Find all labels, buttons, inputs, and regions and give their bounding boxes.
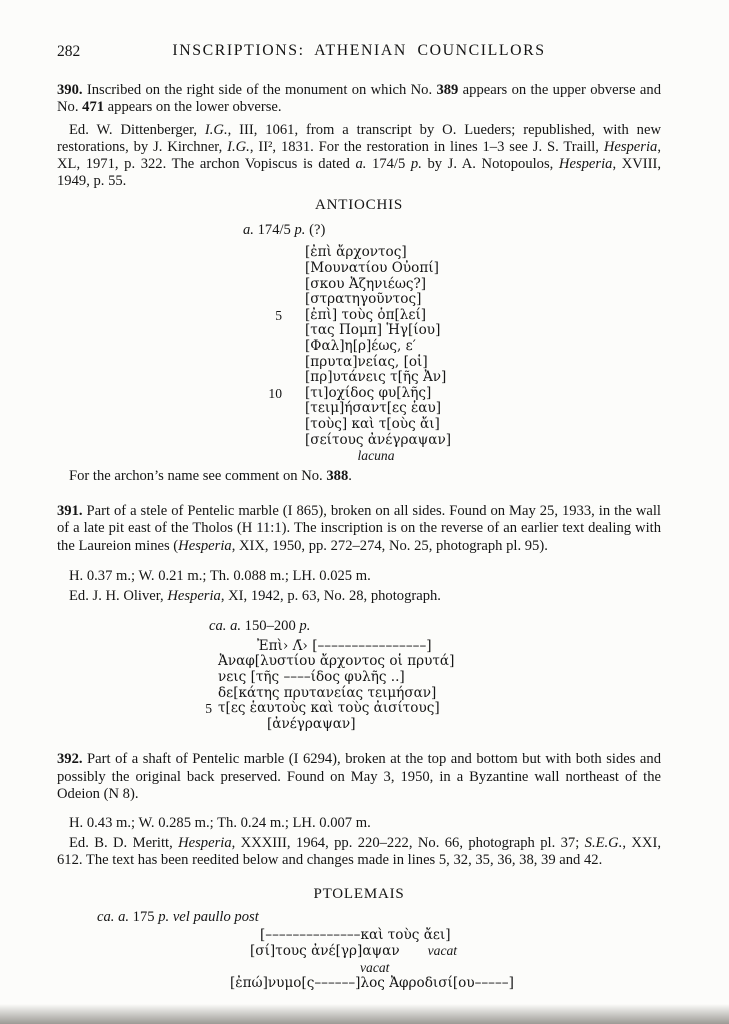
inscription-line: [Μουνατίου Οὐοπί] <box>244 261 661 277</box>
greek-line: τ[ες ἑαυτοὺς καὶ τοὺς ἀισίτους] <box>218 701 440 717</box>
greek-line: [τοὺς] καὶ τ[οὺς ἄι] <box>305 417 440 433</box>
vacat-note: vacat <box>428 943 457 958</box>
entry-392-dimensions: H. 0.43 m.; W. 0.285 m.; Th. 0.24 m.; LH… <box>57 815 661 832</box>
text-run: Inscribed on the right side of the monum… <box>83 82 437 98</box>
greek-line: [τι]οχίδος φυ[λῆς] <box>305 386 431 402</box>
inscription-line: [σί]τους ἀνέ[γρ]αψανvacat <box>250 943 661 960</box>
inscription-line: [––––––––––––––καὶ τοὺς ἄει] <box>260 928 661 944</box>
tribe-heading-antiochis: ANTIOCHIS <box>57 197 661 214</box>
text-run: 150–200 <box>241 618 299 634</box>
greek-line: [σί]τους ἀνέ[γρ]αψαν <box>250 943 400 959</box>
line-number <box>244 261 282 277</box>
greek-line: [τειμ]ήσαντ[ες ἑαυ] <box>305 401 441 417</box>
citation-title: Hesperia <box>178 835 232 851</box>
citation-title: S.E.G. <box>585 835 623 851</box>
text-run: . <box>348 468 352 484</box>
greek-line: [ἐπὶ ἄρχοντος] <box>305 245 407 261</box>
latin-abbrev: p. <box>158 909 169 925</box>
inscription-line: 5[ἐπὶ] τοὺς ὁπ[λεί] <box>244 308 661 324</box>
line-number <box>192 686 212 702</box>
inscription-line: [Φαλ]η[ρ]έως, ε′ <box>244 339 661 355</box>
line-number <box>244 370 282 386</box>
ref-number: 471 <box>82 99 104 115</box>
line-number <box>192 670 212 686</box>
citation-title: Hesperia <box>178 538 232 554</box>
text-run: , XI, 1942, p. 63, No. 28, photograph. <box>221 588 441 604</box>
latin-abbrev: p. <box>299 618 310 634</box>
archon-note: For the archon’s name see comment on No.… <box>57 468 661 485</box>
latin-phrase: vel paullo post <box>169 909 259 925</box>
inscription-391-text: Ἐπὶ› Λ̄› [––––––––––––––––] Ἀναφ[λυστίου… <box>192 639 661 733</box>
citation-title: I.G. <box>205 122 228 138</box>
entry-392-number: 392. <box>57 751 83 767</box>
entry-390-number: 390. <box>57 82 83 98</box>
line-number <box>244 339 282 355</box>
text-run: Ed. J. H. Oliver, <box>69 588 167 604</box>
inscription-line: [τειμ]ήσαντ[ες ἑαυ] <box>244 401 661 417</box>
greek-line: [σείτους ἀνέγραψαν] <box>305 433 451 449</box>
inscription-line: Ἐπὶ› Λ̄› [––––––––––––––––] <box>192 639 661 655</box>
inscription-line: 5τ[ες ἑαυτοὺς καὶ τοὺς ἀισίτους] <box>192 701 661 717</box>
inscription-line: [πρ]υτάνεις τ[ῆς Ἀν] <box>244 370 661 386</box>
latin-abbrev: ca. a. <box>209 618 241 634</box>
lacuna-note: lacuna <box>305 448 447 464</box>
greek-line: [––––––––––––––καὶ τοὺς ἄει] <box>260 927 451 943</box>
greek-line: [ἐπώ]νυμο[ς––––––]λος Ἀφροδισί[ου–––––] <box>230 975 514 991</box>
entry-391-edition: Ed. J. H. Oliver, Hesperia, XI, 1942, p.… <box>57 588 661 605</box>
dateline-390: a. 174/5 p. (?) <box>243 222 661 239</box>
text-run: Ed. W. Dittenberger, <box>69 122 205 138</box>
entry-392-description: 392. Part of a shaft of Pentelic marble … <box>57 751 661 803</box>
greek-line: [Φαλ]η[ρ]έως, ε′ <box>305 339 416 355</box>
greek-line: Ἀναφ[λυστίου ἄρχοντος οἱ πρυτά] <box>218 654 454 670</box>
line-number <box>244 417 282 433</box>
latin-abbrev: a. <box>243 222 254 238</box>
dateline-391: ca. a. 150–200 p. <box>209 618 661 635</box>
entry-391-description: 391. Part of a stele of Pentelic marble … <box>57 503 661 555</box>
text-run: , II², 1831. For the restoration in line… <box>250 139 604 155</box>
ref-number: 389 <box>436 82 458 98</box>
line-number <box>244 433 282 449</box>
text-run: 174/5 <box>254 222 295 238</box>
line-number <box>244 292 282 308</box>
text-run: For the archon’s name see comment on No. <box>69 468 326 484</box>
vacat-note: vacat <box>360 960 389 975</box>
greek-line: [πρ]υτάνεις τ[ῆς Ἀν] <box>305 370 446 386</box>
latin-abbrev: p. <box>411 156 422 172</box>
text-run: (?) <box>305 222 325 238</box>
latin-abbrev: ca. a. <box>97 909 129 925</box>
entry-392-edition: Ed. B. D. Meritt, Hesperia, XXXIII, 1964… <box>57 835 661 870</box>
inscription-line: [τας Πομπ] Ἡγ[ίου] <box>244 323 661 339</box>
text-run: Ed. B. D. Meritt, <box>69 835 178 851</box>
line-number <box>244 245 282 261</box>
dateline-392: ca. a. 175 p. vel paullo post <box>97 909 661 926</box>
running-head: INSCRIPTIONS: ATHENIAN COUNCILLORS <box>57 42 661 59</box>
text-run: 174/5 <box>366 156 410 172</box>
entry-390-edition: Ed. W. Dittenberger, I.G., III, 1061, fr… <box>57 122 661 191</box>
text-run: 175 <box>129 909 158 925</box>
greek-line: [ἀνέγραψαν] <box>267 717 356 733</box>
line-number <box>244 323 282 339</box>
greek-line: δε[κάτης πρυτανείας τειμήσαν] <box>218 686 436 702</box>
greek-line: Ἐπὶ› Λ̄› [––––––––––––––––] <box>257 639 432 655</box>
line-number <box>192 654 212 670</box>
line-number <box>244 355 282 371</box>
text-run: Part of a shaft of Pentelic marble (I 62… <box>57 751 661 802</box>
inscription-line: νεις [τῆς ––––ίδος φυλῆς ..] <box>192 670 661 686</box>
entry-390-description: 390. Inscribed on the right side of the … <box>57 82 661 117</box>
citation-title: I.G. <box>227 139 250 155</box>
inscription-392-text: [––––––––––––––καὶ τοὺς ἄει] [σί]τους ἀν… <box>230 928 661 992</box>
latin-abbrev: a. <box>355 156 366 172</box>
text-run: appears on the lower obverse. <box>104 99 282 115</box>
inscription-line: [ἀνέγραψαν] <box>192 717 661 733</box>
line-number <box>192 639 212 655</box>
text-run: , XXXIII, 1964, pp. 220–222, No. 66, pho… <box>232 835 585 851</box>
greek-line: [τας Πομπ] Ἡγ[ίου] <box>305 323 440 339</box>
inscription-line: [πρυτα]νείας, [οἱ] <box>244 355 661 371</box>
inscription-line: [στρατηγοῦντος] <box>244 292 661 308</box>
greek-line: [σκου Ἀζηνιέως?] <box>305 277 426 293</box>
inscription-line: [ἐπώ]νυμο[ς––––––]λος Ἀφροδισί[ου–––––] <box>230 976 661 992</box>
ref-number: 388 <box>326 468 348 484</box>
inscription-line: vacat <box>360 960 661 977</box>
latin-abbrev: p. <box>295 222 306 238</box>
line-number <box>244 277 282 293</box>
entry-391-dimensions: H. 0.37 m.; W. 0.21 m.; Th. 0.088 m.; LH… <box>57 568 661 585</box>
citation-title: Hesperia <box>559 156 613 172</box>
text-run: by J. A. Notopoulos, <box>422 156 559 172</box>
citation-title: Hesperia <box>167 588 221 604</box>
inscription-line: [σείτους ἀνέγραψαν] <box>244 433 661 449</box>
greek-line: νεις [τῆς ––––ίδος φυλῆς ..] <box>218 670 405 686</box>
inscription-line: [τοὺς] καὶ τ[οὺς ἄι] <box>244 417 661 433</box>
page-header: 282 INSCRIPTIONS: ATHENIAN COUNCILLORS <box>57 42 661 62</box>
greek-line: [Μουνατίου Οὐοπί] <box>305 261 439 277</box>
line-number <box>192 717 212 733</box>
inscription-line: 10[τι]οχίδος φυ[λῆς] <box>244 386 661 402</box>
text-run: , XIX, 1950, pp. 272–274, No. 25, photog… <box>232 538 548 554</box>
inscription-line: [σκου Ἀζηνιέως?] <box>244 277 661 293</box>
book-page: 282 INSCRIPTIONS: ATHENIAN COUNCILLORS 3… <box>0 0 729 1024</box>
line-number <box>244 401 282 417</box>
greek-line: [πρυτα]νείας, [οἱ] <box>305 355 428 371</box>
inscription-line: [ἐπὶ ἄρχοντος] <box>244 245 661 261</box>
line-number: 10 <box>244 386 282 402</box>
inscription-line: δε[κάτης πρυτανείας τειμήσαν] <box>192 686 661 702</box>
inscription-390-text: [ἐπὶ ἄρχοντος] [Μουνατίου Οὐοπί] [σκου Ἀ… <box>244 245 661 463</box>
line-number: 5 <box>244 308 282 324</box>
page-bottom-shadow <box>0 1004 729 1024</box>
tribe-heading-ptolemais: PTOLEMAIS <box>57 886 661 903</box>
inscription-line: Ἀναφ[λυστίου ἄρχοντος οἱ πρυτά] <box>192 654 661 670</box>
line-number: 5 <box>192 701 212 717</box>
greek-line: [στρατηγοῦντος] <box>305 292 421 308</box>
citation-title: Hesperia <box>604 139 658 155</box>
greek-line: [ἐπὶ] τοὺς ὁπ[λεί] <box>305 308 426 324</box>
entry-391-number: 391. <box>57 503 83 519</box>
